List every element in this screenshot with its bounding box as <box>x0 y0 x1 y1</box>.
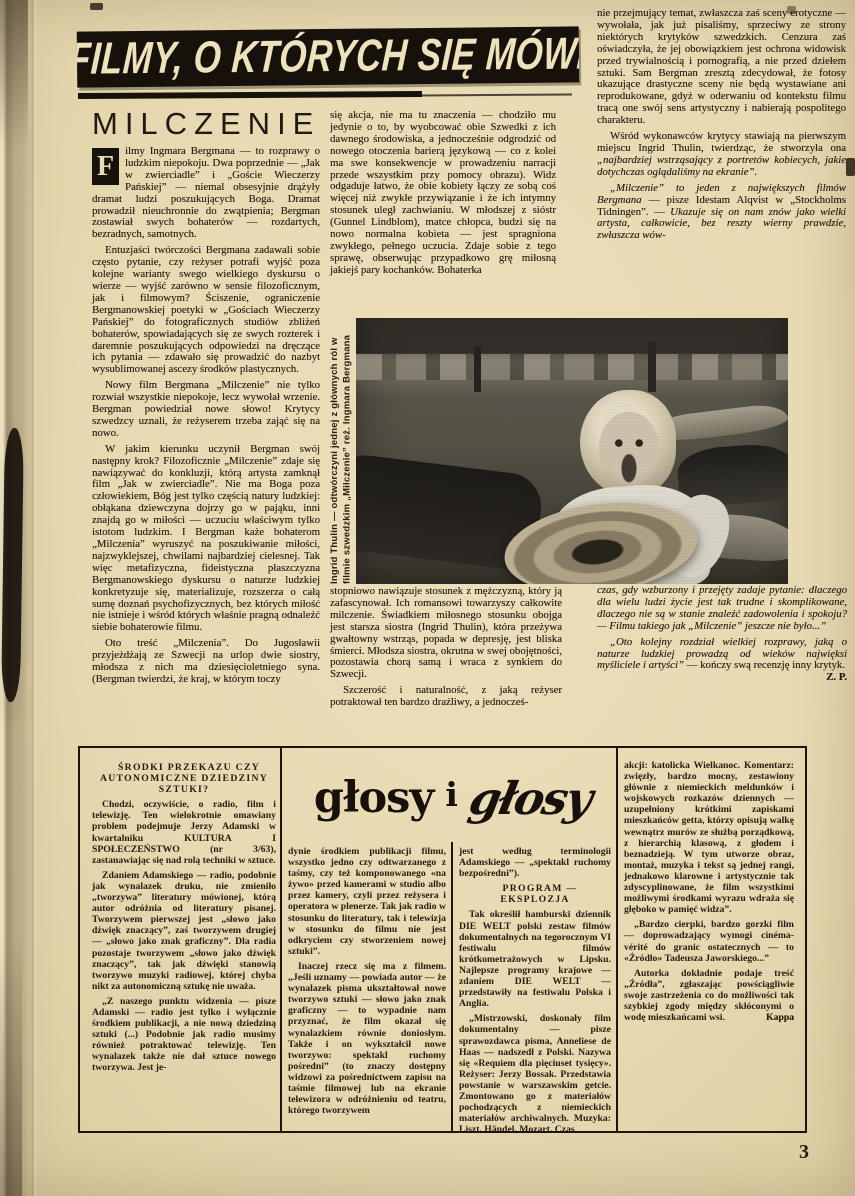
dropcap-initial: F <box>92 148 119 185</box>
paragraph: Oto treść „Milczenia”. Do Jugosławii prz… <box>92 638 320 686</box>
paragraph: Zdaniem Adamskiego — radio, podobnie jak… <box>92 870 276 992</box>
paragraph: nie przejmujący temat, zwłaszcza zaś sce… <box>597 8 846 127</box>
paragraph: Wśród wykonawców krytycy stawiają na pie… <box>597 131 846 179</box>
paragraph: się akcja, nie ma tu znaczenia — chodził… <box>330 110 556 277</box>
paragraph: czas, gdy wzburzony i przejęty zadaje py… <box>597 585 847 633</box>
page-edge-smudge-bottom <box>0 936 22 1196</box>
paragraph: Autorka dokładnie podaje treść „Źródła”,… <box>624 968 794 1023</box>
paragraph: Inaczej rzecz się ma z filmem. „Jeśli uz… <box>288 961 446 1116</box>
banner-underline-thin <box>420 94 572 97</box>
article-column-1: Filmy Ingmara Bergmana — to rozprawy o l… <box>92 146 320 738</box>
paragraph: Filmy Ingmara Bergmana — to rozprawy o l… <box>92 146 320 241</box>
author-signature: Z. P. <box>813 672 847 684</box>
review-box-column-c: jest według terminologii Adamskiego — „s… <box>459 846 611 1133</box>
glosy-section-title: głosy i głosy <box>286 756 618 840</box>
article-column-3-bottom: czas, gdy wzburzony i przejęty zadaje py… <box>597 585 847 684</box>
column-divider <box>280 748 282 1131</box>
section-banner-title: FILMY, O KTÓRYCH SIĘ MÓWI <box>77 29 580 86</box>
paragraph: akcji: katolicka Wielkanoc. Komentarz: z… <box>624 760 794 915</box>
glosy-title-word1: głosy <box>314 773 434 823</box>
review-box-column-a: ŚRODKI PRZEKAZU CZY AUTONOMICZNE DZIEDZI… <box>92 762 276 1078</box>
magazine-page: FILMY, O KTÓRYCH SIĘ MÓWI MILCZENIE Film… <box>0 0 855 1196</box>
column-subheading: PROGRAM — EKSPLOZJA <box>459 883 611 905</box>
review-box-column-d: akcji: katolicka Wielkanoc. Komentarz: z… <box>624 760 794 1027</box>
paragraph: „Milczenie” to jeden z największych film… <box>597 183 846 243</box>
paragraph: stopniowo nawiązuje stosunek z mężczyzną… <box>330 586 562 681</box>
glosy-title-conjunction: i <box>445 775 458 814</box>
paragraph: Tak określił hamburski dziennik DIE WELT… <box>459 909 611 1009</box>
review-box: głosy i głosy ŚRODKI PRZEKAZU CZY AUTONO… <box>78 746 807 1133</box>
paragraph: Entuzjaści twórczości Bergmana zadawali … <box>92 245 320 376</box>
page-number: 3 <box>799 1141 809 1164</box>
paragraph: „Mistrzowski, doskonały film dokumentaln… <box>459 1013 611 1133</box>
section-banner: FILMY, O KTÓRYCH SIĘ MÓWI <box>77 26 580 87</box>
photo-caption: Ingrid Thulin — odtwórczyni jednej z głó… <box>329 318 355 584</box>
film-still-photo <box>356 318 788 584</box>
banner-underline-thick <box>78 91 422 99</box>
paragraph: jest według terminologii Adamskiego — „s… <box>459 846 611 879</box>
column-subheading: ŚRODKI PRZEKAZU CZY AUTONOMICZNE DZIEDZI… <box>92 762 276 795</box>
page-edge-black-strip <box>1 428 24 702</box>
article-column-2-bottom: stopniowo nawiązuje stosunek z mężczyzną… <box>330 586 562 713</box>
author-signature: Kappa <box>756 1012 794 1023</box>
page-edge-smudge-top <box>0 0 28 150</box>
article-title: MILCZENIE <box>92 106 320 142</box>
print-mark <box>846 158 855 176</box>
column-divider <box>451 842 453 1133</box>
paragraph: W jakim kierunku uczynił Bergman swój na… <box>92 444 320 635</box>
paragraph: „Oto kolejny rozdział wielkiej rozprawy,… <box>597 637 847 673</box>
paper-crease <box>30 0 37 1196</box>
paragraph: dynie środkiem publikacji filmu, wszystk… <box>288 846 446 957</box>
article-column-2-top: się akcja, nie ma tu znaczenia — chodził… <box>330 110 556 281</box>
paragraph: „Z naszego punktu widzenia — pisze Adams… <box>92 996 276 1074</box>
glosy-title-word2: głosy <box>465 772 596 825</box>
print-mark <box>90 3 103 10</box>
paragraph: Chodzi, oczywiście, o radio, film i tele… <box>92 799 276 866</box>
photo-grain-overlay <box>356 318 788 584</box>
paragraph: Nowy film Bergmana „Milczenie” nie tylko… <box>92 380 320 440</box>
paragraph: „Bardzo cierpki, bardzo gorzki film — do… <box>624 919 794 963</box>
article-column-3-top: nie przejmujący temat, zwłaszcza zaś sce… <box>597 8 846 246</box>
paragraph: Szczerość i naturalność, z jaką reżyser … <box>330 685 562 709</box>
review-box-column-b: dynie środkiem publikacji filmu, wszystk… <box>288 846 446 1120</box>
